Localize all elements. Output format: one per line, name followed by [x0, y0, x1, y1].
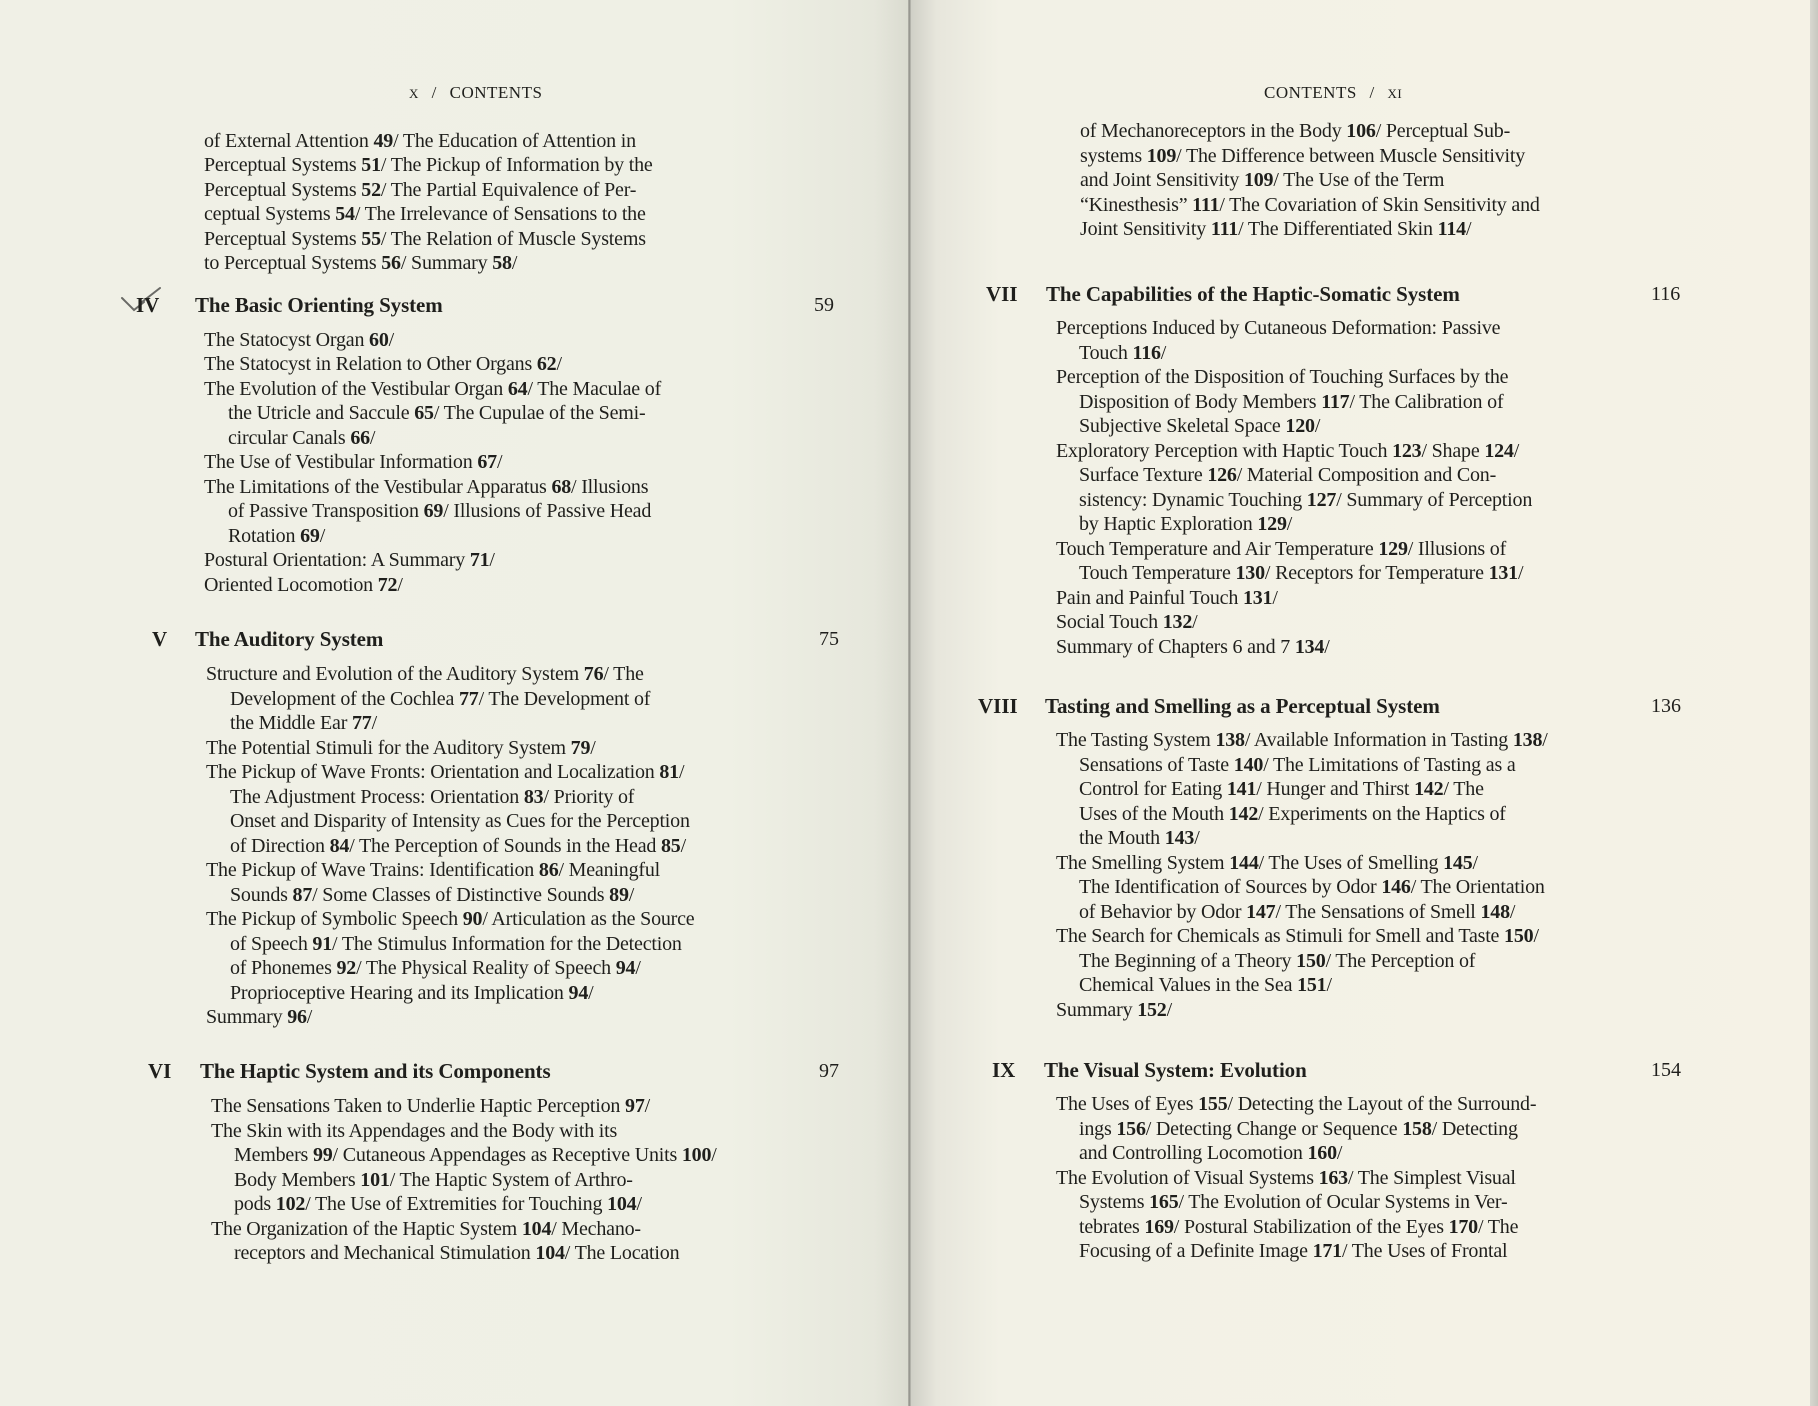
toc-text: and Controlling Locomotion [1079, 1142, 1307, 1164]
toc-line: The Sensations Taken to Underlie Haptic … [211, 1094, 650, 1118]
toc-text: / The Differentiated Skin [1238, 218, 1438, 240]
toc-page-number: 94 [569, 982, 589, 1004]
toc-text: systems [1080, 145, 1147, 167]
toc-line: circular Canals 66/ [228, 426, 375, 450]
toc-text: / Meaningful [559, 859, 660, 881]
toc-text: / [1533, 925, 1538, 947]
chapter-title[interactable]: The Haptic System and its Components [200, 1058, 551, 1084]
toc-text: / [1324, 636, 1329, 658]
toc-text: / The Perception of [1326, 950, 1476, 972]
toc-text: / The Irrelevance of Sensations to the [355, 203, 646, 225]
toc-line: Members 99/ Cutaneous Appendages as Rece… [234, 1143, 717, 1167]
toc-page-number: 131 [1243, 587, 1272, 609]
toc-line: “Kinesthesis” 111/ The Covariation of Sk… [1080, 193, 1540, 217]
toc-page-number: 99 [313, 1144, 333, 1166]
toc-text: ceptual Systems [204, 203, 335, 225]
toc-text: / The Maculae of [527, 378, 661, 400]
toc-text: pods [234, 1193, 276, 1215]
toc-text: / [1315, 415, 1320, 437]
toc-text: / The Use of Extremities for Touching [305, 1193, 607, 1215]
toc-text: The Statocyst Organ [204, 329, 369, 351]
toc-line: of Direction 84/ The Perception of Sound… [230, 834, 686, 858]
toc-page-number: 134 [1295, 636, 1324, 658]
toc-line: Perceptual Systems 55/ The Relation of M… [204, 227, 646, 251]
toc-page-number: 104 [607, 1193, 636, 1215]
toc-line: The Pickup of Symbolic Speech 90/ Articu… [206, 907, 694, 931]
toc-page-number: 155 [1198, 1093, 1227, 1115]
toc-text: Summary of Chapters 6 and 7 [1056, 636, 1295, 658]
toc-text: / Cutaneous Appendages as Receptive Unit… [333, 1144, 682, 1166]
toc-text: of Speech [230, 933, 312, 955]
toc-text: The Adjustment Process: Orientation [230, 786, 524, 808]
toc-line: receptors and Mechanical Stimulation 104… [234, 1241, 679, 1265]
toc-page-number: 129 [1378, 538, 1407, 560]
chapter-page-number: 116 [1651, 281, 1680, 307]
toc-text: / Material Composition and Con- [1237, 464, 1496, 486]
toc-page-number: 68 [551, 476, 571, 498]
toc-line: The Statocyst in Relation to Other Organ… [204, 352, 562, 376]
toc-line: The Beginning of a Theory 150/ The Perce… [1079, 949, 1475, 973]
toc-text: the Middle Ear [230, 712, 352, 734]
toc-text: Summary [206, 1006, 287, 1028]
toc-line: to Perceptual Systems 56/ Summary 58/ [204, 251, 517, 275]
toc-text: / [681, 835, 686, 857]
toc-line: the Utricle and Saccule 65/ The Cupulae … [228, 401, 645, 425]
toc-text: of Passive Transposition [228, 500, 424, 522]
toc-text: The Pickup of Wave Trains: Identificatio… [206, 859, 539, 881]
toc-text: / The Haptic System of Arthro- [390, 1169, 633, 1191]
toc-line: Development of the Cochlea 77/ The Devel… [230, 687, 650, 711]
toc-text: Pain and Painful Touch [1056, 587, 1243, 609]
right-head-title: CONTENTS [1264, 83, 1357, 102]
toc-page-number: 130 [1236, 562, 1265, 584]
toc-page-number: 60 [369, 329, 389, 351]
toc-page-number: 84 [330, 835, 350, 857]
toc-text: / [489, 549, 494, 571]
toc-line: Summary of Chapters 6 and 7 134/ [1056, 635, 1330, 659]
toc-line: Onset and Disparity of Intensity as Cues… [230, 809, 690, 833]
toc-text: Disposition of Body Members [1079, 391, 1321, 413]
toc-text: Touch [1079, 342, 1133, 364]
toc-text: / [588, 982, 593, 1004]
toc-text: The Use of Vestibular Information [204, 451, 477, 473]
toc-text: / [389, 329, 394, 351]
toc-text: / Postural Stabilization of the Eyes [1174, 1216, 1449, 1238]
toc-line: The Pickup of Wave Fronts: Orientation a… [206, 760, 684, 784]
toc-text: Perceptual Systems [204, 154, 361, 176]
toc-page-number: 71 [470, 549, 490, 571]
toc-page-number: 129 [1257, 513, 1286, 535]
toc-text: / The Cupulae of the Semi- [434, 402, 646, 424]
toc-line: Perception of the Disposition of Touchin… [1056, 365, 1508, 389]
toc-page-number: 90 [463, 908, 483, 930]
toc-text: Surface Texture [1079, 464, 1207, 486]
chapter-page-number: 59 [814, 292, 834, 318]
toc-page-number: 151 [1297, 974, 1326, 996]
toc-page-number: 142 [1229, 803, 1258, 825]
toc-text: The Pickup of Symbolic Speech [206, 908, 463, 930]
toc-line: Touch Temperature and Air Temperature 12… [1056, 537, 1506, 561]
toc-line: Social Touch 132/ [1056, 610, 1198, 634]
toc-page-number: 144 [1229, 852, 1258, 874]
page-edge [1810, 0, 1818, 1406]
toc-page-number: 138 [1215, 729, 1244, 751]
toc-text: Sounds [230, 884, 293, 906]
toc-page-number: 165 [1149, 1191, 1178, 1213]
toc-text: Uses of the Mouth [1079, 803, 1229, 825]
toc-page-number: 56 [381, 252, 401, 274]
toc-page-number: 123 [1392, 440, 1421, 462]
toc-page-number: 77 [352, 712, 372, 734]
toc-page-number: 170 [1449, 1216, 1478, 1238]
toc-line: of Mechanoreceptors in the Body 106/ Per… [1080, 119, 1510, 143]
toc-text: / Hunger and Thirst [1256, 778, 1414, 800]
toc-line: Focusing of a Definite Image 171/ The Us… [1079, 1239, 1507, 1263]
toc-text: Perceptions Induced by Cutaneous Deforma… [1056, 317, 1500, 339]
toc-page-number: 92 [336, 957, 356, 979]
toc-text: / [307, 1006, 312, 1028]
toc-text: Structure and Evolution of the Auditory … [206, 663, 584, 685]
book-gutter [908, 0, 911, 1406]
toc-page-number: 77 [459, 688, 479, 710]
toc-text: / [1518, 562, 1523, 584]
toc-text: / Mechano- [551, 1218, 641, 1240]
toc-text: The Uses of Eyes [1056, 1093, 1198, 1115]
chapter-title[interactable]: The Visual System: Evolution [1044, 1057, 1307, 1083]
toc-line: The Statocyst Organ 60/ [204, 328, 394, 352]
right-head-separator: / [1370, 83, 1375, 102]
toc-line: The Potential Stimuli for the Auditory S… [206, 736, 596, 760]
toc-page-number: 117 [1321, 391, 1349, 413]
toc-text: / [635, 957, 640, 979]
toc-line: Oriented Locomotion 72/ [204, 573, 403, 597]
toc-text: / The Education of Attention in [393, 130, 636, 152]
toc-text: Postural Orientation: A Summary [204, 549, 470, 571]
toc-text: Touch Temperature [1079, 562, 1236, 584]
toc-text: / [679, 761, 684, 783]
toc-text: / The Calibration of [1349, 391, 1503, 413]
toc-text: / The Limitations of Tasting as a [1263, 754, 1515, 776]
chapter-title[interactable]: The Capabilities of the Haptic-Somatic S… [1046, 281, 1460, 307]
toc-text: Social Touch [1056, 611, 1163, 633]
toc-text: The Evolution of Visual Systems [1056, 1167, 1319, 1189]
toc-text: and Joint Sensitivity [1080, 169, 1244, 191]
left-running-head: x / CONTENTS [409, 82, 542, 103]
toc-page-number: 65 [414, 402, 434, 424]
toc-line: Summary 152/ [1056, 998, 1172, 1022]
toc-text: of Direction [230, 835, 330, 857]
toc-text: The Statocyst in Relation to Other Organ… [204, 353, 537, 375]
toc-text: The Skin with its Appendages and the Bod… [211, 1120, 617, 1142]
toc-page-number: 62 [537, 353, 557, 375]
toc-page-number: 81 [659, 761, 679, 783]
toc-line: Systems 165/ The Evolution of Ocular Sys… [1079, 1190, 1507, 1214]
toc-line: Perceptions Induced by Cutaneous Deforma… [1056, 316, 1500, 340]
toc-line: The Limitations of the Vestibular Appara… [204, 475, 648, 499]
toc-text: / The Physical Reality of Speech [356, 957, 616, 979]
toc-line: the Mouth 143/ [1079, 826, 1200, 850]
toc-line: systems 109/ The Difference between Musc… [1080, 144, 1525, 168]
chapter-page-number: 136 [1651, 693, 1681, 719]
toc-text: circular Canals [228, 427, 350, 449]
toc-line: tebrates 169/ Postural Stabilization of … [1079, 1215, 1518, 1239]
toc-text: / The Orientation [1411, 876, 1545, 898]
toc-text: The Search for Chemicals as Stimuli for … [1056, 925, 1504, 947]
toc-text: / [1161, 342, 1166, 364]
toc-page-number: 158 [1402, 1118, 1431, 1140]
toc-line: The Tasting System 138/ Available Inform… [1056, 728, 1548, 752]
toc-page-number: 55 [361, 228, 381, 250]
toc-page-number: 58 [492, 252, 512, 274]
toc-line: The Adjustment Process: Orientation 83/ … [230, 785, 634, 809]
toc-line: pods 102/ The Use of Extremities for Tou… [234, 1192, 642, 1216]
toc-text: / The Relation of Muscle Systems [381, 228, 646, 250]
toc-page-number: 120 [1285, 415, 1314, 437]
toc-text: / The Stimulus Information for the Detec… [332, 933, 682, 955]
toc-line: of Passive Transposition 69/ Illusions o… [228, 499, 651, 523]
toc-text: The Organization of the Haptic System [211, 1218, 522, 1240]
toc-text: / [645, 1095, 650, 1117]
toc-text: of Phonemes [230, 957, 336, 979]
toc-text: / [1326, 974, 1331, 996]
toc-text: / Experiments on the Haptics of [1258, 803, 1506, 825]
toc-text: / The Perception of Sounds in the Head [349, 835, 661, 857]
toc-text: / [636, 1193, 641, 1215]
toc-page-number: 101 [360, 1169, 389, 1191]
toc-text: Perception of the Disposition of Touchin… [1056, 366, 1508, 388]
toc-page-number: 85 [661, 835, 681, 857]
toc-line: Postural Orientation: A Summary 71/ [204, 548, 495, 572]
toc-text: Perceptual Systems [204, 179, 361, 201]
toc-page-number: 69 [424, 500, 444, 522]
toc-text: / The Difference between Muscle Sensitiv… [1176, 145, 1525, 167]
toc-text: / Shape [1421, 440, 1484, 462]
toc-page-number: 96 [287, 1006, 307, 1028]
chapter-page-number: 75 [819, 626, 839, 652]
toc-text: Subjective Skeletal Space [1079, 415, 1285, 437]
toc-text: / [1514, 440, 1519, 462]
toc-text: / Illusions of [1408, 538, 1506, 560]
toc-page-number: 49 [373, 130, 393, 152]
toc-text: “Kinesthesis” [1080, 194, 1192, 216]
toc-text: Focusing of a Definite Image [1079, 1240, 1313, 1262]
toc-text: / [512, 252, 517, 274]
toc-text: ings [1079, 1118, 1116, 1140]
toc-line: The Search for Chemicals as Stimuli for … [1056, 924, 1539, 948]
right-folio: xi [1388, 82, 1403, 102]
toc-line: The Skin with its Appendages and the Bod… [211, 1119, 617, 1143]
toc-line: Exploratory Perception with Haptic Touch… [1056, 439, 1519, 463]
toc-line: Perceptual Systems 51/ The Pickup of Inf… [204, 153, 653, 177]
chapter-numeral: VIII [978, 693, 1018, 719]
toc-text: / Detecting Change or Sequence [1146, 1118, 1403, 1140]
toc-line: and Controlling Locomotion 160/ [1079, 1141, 1342, 1165]
toc-line: Sensations of Taste 140/ The Limitations… [1079, 753, 1516, 777]
toc-page-number: 106 [1346, 120, 1375, 142]
toc-page-number: 145 [1443, 852, 1472, 874]
toc-line: Sounds 87/ Some Classes of Distinctive S… [230, 883, 634, 907]
toc-page-number: 51 [361, 154, 381, 176]
toc-text: / [711, 1144, 716, 1166]
toc-text: / Summary [401, 252, 492, 274]
toc-page-number: 140 [1234, 754, 1263, 776]
toc-text: / [1466, 218, 1471, 240]
toc-text: / [1167, 999, 1172, 1021]
toc-text: the Utricle and Saccule [228, 402, 414, 424]
toc-page-number: 100 [682, 1144, 711, 1166]
toc-line: ings 156/ Detecting Change or Sequence 1… [1079, 1117, 1518, 1141]
toc-text: / The Partial Equivalence of Per- [381, 179, 636, 201]
toc-text: tebrates [1079, 1216, 1144, 1238]
toc-page-number: 160 [1307, 1142, 1336, 1164]
toc-text: / [497, 451, 502, 473]
toc-page-number: 86 [539, 859, 559, 881]
toc-page-number: 102 [276, 1193, 305, 1215]
toc-text: Exploratory Perception with Haptic Touch [1056, 440, 1392, 462]
toc-text: The Potential Stimuli for the Auditory S… [206, 737, 571, 759]
toc-page-number: 109 [1147, 145, 1176, 167]
toc-text: / Priority of [543, 786, 634, 808]
toc-page-number: 150 [1296, 950, 1325, 972]
toc-page-number: 94 [616, 957, 636, 979]
toc-text: Oriented Locomotion [204, 574, 378, 596]
toc-page-number: 109 [1244, 169, 1273, 191]
toc-line: Touch 116/ [1079, 341, 1166, 365]
toc-line: Touch Temperature 130/ Receptors for Tem… [1079, 561, 1523, 585]
toc-text: Members [234, 1144, 313, 1166]
toc-text: / Perceptual Sub- [1376, 120, 1510, 142]
toc-page-number: 116 [1133, 342, 1161, 364]
toc-text: / [1337, 1142, 1342, 1164]
toc-text: / Detecting the Layout of the Surround- [1228, 1093, 1537, 1115]
toc-line: ceptual Systems 54/ The Irrelevance of S… [204, 202, 646, 226]
toc-text: / [320, 525, 325, 547]
toc-text: / [1272, 587, 1277, 609]
chapter-title[interactable]: The Basic Orienting System [195, 292, 443, 318]
chapter-numeral: IX [992, 1057, 1015, 1083]
toc-line: The Evolution of Visual Systems 163/ The… [1056, 1166, 1516, 1190]
toc-text: The Pickup of Wave Fronts: Orientation a… [206, 761, 659, 783]
toc-page-number: 131 [1489, 562, 1518, 584]
toc-text: Control for Eating [1079, 778, 1227, 800]
toc-text: to Perceptual Systems [204, 252, 381, 274]
toc-text: / The Evolution of Ocular Systems in Ver… [1179, 1191, 1508, 1213]
toc-text: / The [1478, 1216, 1518, 1238]
toc-page-number: 52 [361, 179, 381, 201]
toc-text: Body Members [234, 1169, 360, 1191]
toc-line: The Uses of Eyes 155/ Detecting the Layo… [1056, 1092, 1536, 1116]
toc-text: Summary [1056, 999, 1137, 1021]
toc-line: The Evolution of the Vestibular Organ 64… [204, 377, 661, 401]
toc-page-number: 111 [1192, 194, 1219, 216]
toc-page-number: 79 [571, 737, 591, 759]
toc-text: Proprioceptive Hearing and its Implicati… [230, 982, 569, 1004]
toc-page-number: 148 [1480, 901, 1509, 923]
toc-line: Disposition of Body Members 117/ The Cal… [1079, 390, 1503, 414]
toc-text: / Summary of Perception [1336, 489, 1532, 511]
toc-text: / [370, 427, 375, 449]
toc-line: Rotation 69/ [228, 524, 325, 548]
toc-text: Joint Sensitivity [1080, 218, 1211, 240]
toc-line: Control for Eating 141/ Hunger and Thirs… [1079, 777, 1484, 801]
toc-text: / Illusions of Passive Head [443, 500, 651, 522]
toc-line: Joint Sensitivity 111/ The Differentiate… [1080, 217, 1471, 241]
toc-line: Subjective Skeletal Space 120/ [1079, 414, 1320, 438]
toc-text: / [397, 574, 402, 596]
toc-line: Proprioceptive Hearing and its Implicati… [230, 981, 594, 1005]
chapter-title[interactable]: Tasting and Smelling as a Perceptual Sys… [1045, 693, 1440, 719]
toc-text: by Haptic Exploration [1079, 513, 1257, 535]
toc-text: / Detecting [1432, 1118, 1518, 1140]
toc-line: Structure and Evolution of the Auditory … [206, 662, 644, 686]
toc-text: / [629, 884, 634, 906]
toc-page-number: 138 [1513, 729, 1542, 751]
toc-text: / [1510, 901, 1515, 923]
toc-text: The Evolution of the Vestibular Organ [204, 378, 508, 400]
left-page: x / CONTENTS of External Attention 49/ T… [0, 0, 910, 1406]
toc-page-number: 91 [312, 933, 332, 955]
toc-text: The Limitations of the Vestibular Appara… [204, 476, 551, 498]
toc-page-number: 66 [350, 427, 370, 449]
toc-text: / The Development of [479, 688, 651, 710]
toc-page-number: 69 [300, 525, 320, 547]
toc-page-number: 89 [609, 884, 629, 906]
toc-text: Chemical Values in the Sea [1079, 974, 1297, 996]
toc-text: Touch Temperature and Air Temperature [1056, 538, 1378, 560]
toc-text: / [1542, 729, 1547, 751]
toc-text: of Mechanoreceptors in the Body [1080, 120, 1346, 142]
toc-page-number: 104 [522, 1218, 551, 1240]
toc-text: sistency: Dynamic Touching [1079, 489, 1307, 511]
toc-text: / [372, 712, 377, 734]
toc-page-number: 150 [1504, 925, 1533, 947]
toc-page-number: 169 [1144, 1216, 1173, 1238]
toc-line: the Middle Ear 77/ [230, 711, 377, 735]
toc-line: The Use of Vestibular Information 67/ [204, 450, 502, 474]
toc-text: / The Uses of Frontal [1342, 1240, 1507, 1262]
toc-text: The Tasting System [1056, 729, 1215, 751]
chapter-numeral: IV [136, 292, 159, 318]
toc-line: The Pickup of Wave Trains: Identificatio… [206, 858, 660, 882]
chapter-numeral: VI [148, 1058, 171, 1084]
toc-text: / The [1443, 778, 1483, 800]
chapter-page-number: 154 [1651, 1057, 1681, 1083]
toc-page-number: 87 [293, 884, 313, 906]
toc-page-number: 127 [1307, 489, 1336, 511]
toc-text: / [1194, 827, 1199, 849]
toc-text: / Receptors for Temperature [1265, 562, 1489, 584]
chapter-title[interactable]: The Auditory System [195, 626, 383, 652]
toc-text: the Mouth [1079, 827, 1165, 849]
toc-line: of Phonemes 92/ The Physical Reality of … [230, 956, 641, 980]
toc-page-number: 171 [1313, 1240, 1342, 1262]
toc-page-number: 64 [508, 378, 528, 400]
toc-page-number: 67 [477, 451, 497, 473]
toc-text: / The Uses of Smelling [1259, 852, 1443, 874]
toc-text: / Illusions [571, 476, 648, 498]
toc-text: The Smelling System [1056, 852, 1229, 874]
toc-text: Sensations of Taste [1079, 754, 1234, 776]
left-head-separator: / [432, 83, 437, 102]
toc-line: of Speech 91/ The Stimulus Information f… [230, 932, 682, 956]
toc-text: Rotation [228, 525, 300, 547]
toc-line: Uses of the Mouth 142/ Experiments on th… [1079, 802, 1506, 826]
toc-text: Development of the Cochlea [230, 688, 459, 710]
toc-text: The Identification of Sources by Odor [1079, 876, 1381, 898]
toc-text: / Some Classes of Distinctive Sounds [312, 884, 609, 906]
toc-line: Surface Texture 126/ Material Compositio… [1079, 463, 1496, 487]
toc-text: / The [603, 663, 643, 685]
